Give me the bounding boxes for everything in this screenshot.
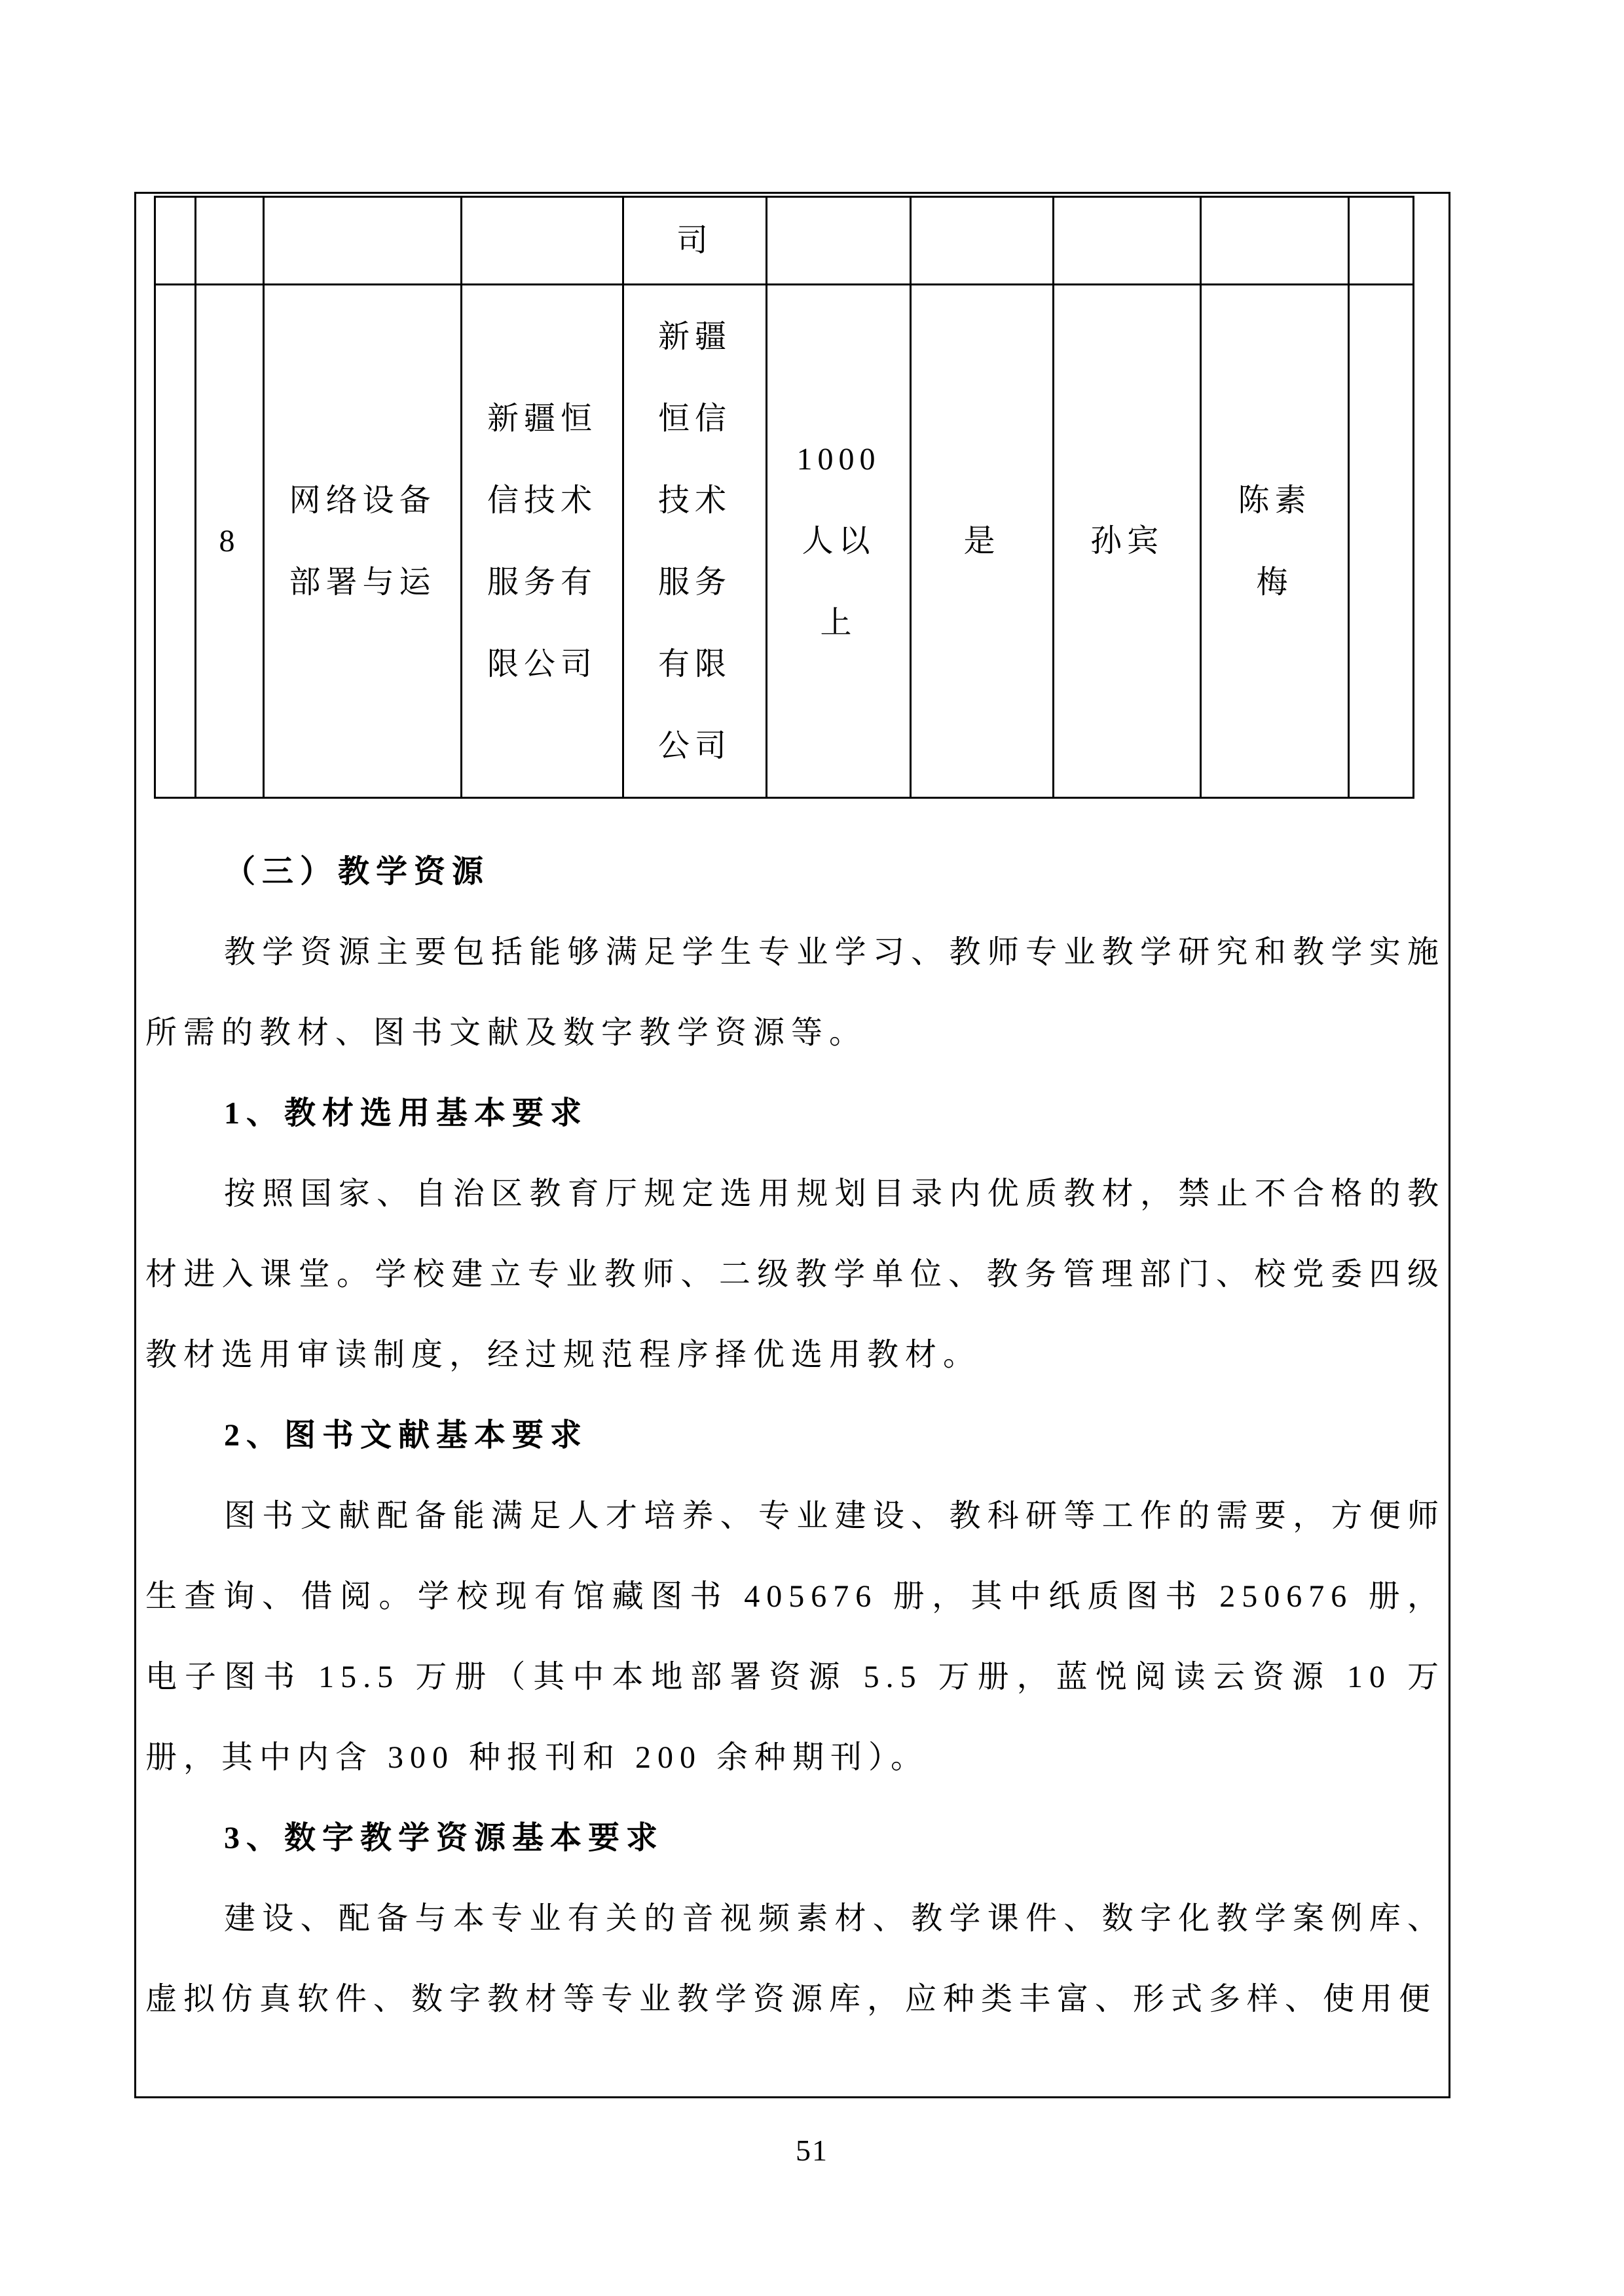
table-cell-spacer xyxy=(155,285,196,798)
table-cell xyxy=(1054,197,1201,285)
table-cell-company-continued: 司 xyxy=(623,197,767,285)
document-page: 司 8 网络设备 部署与运 新疆恒 信技术 服务有 限公司 新疆 恒信 技术 服… xyxy=(0,0,1624,2296)
table-cell-yes: 是 xyxy=(911,285,1054,798)
table-cell xyxy=(196,197,264,285)
table-cell xyxy=(1201,197,1349,285)
table-cell xyxy=(155,197,196,285)
table-cell-spacer xyxy=(1349,285,1414,798)
heading-library-requirements: 2、图书文献基本要求 xyxy=(145,1395,1445,1476)
table-cell-index: 8 xyxy=(196,285,264,798)
page-number: 51 xyxy=(0,2133,1624,2168)
body-text: （三）教学资源 教学资源主要包括能够满足学生专业学习、教师专业教学研究和教学实施… xyxy=(145,831,1445,2039)
table-cell xyxy=(911,197,1054,285)
table-cell-company-1: 新疆恒 信技术 服务有 限公司 xyxy=(462,285,623,798)
table-cell xyxy=(767,197,911,285)
table-row-8: 8 网络设备 部署与运 新疆恒 信技术 服务有 限公司 新疆 恒信 技术 服务 … xyxy=(155,285,1414,798)
paragraph-digital-resource-requirements: 建设、配备与本专业有关的音视频素材、教学课件、数字化教学案例库、虚拟仿真软件、数… xyxy=(145,1878,1445,2039)
paragraph-library-requirements: 图书文献配备能满足人才培养、专业建设、教科研等工作的需要，方便师生查询、借阅。学… xyxy=(145,1476,1445,1798)
table-cell-contact-1: 孙宾 xyxy=(1054,285,1201,798)
paragraph-resources-overview: 教学资源主要包括能够满足学生专业学习、教师专业教学研究和教学实施所需的教材、图书… xyxy=(145,912,1445,1073)
table-cell xyxy=(264,197,462,285)
section-heading-teaching-resources: （三）教学资源 xyxy=(145,831,1445,912)
table-cell-contact-2: 陈素 梅 xyxy=(1201,285,1349,798)
table-cell-course-name: 网络设备 部署与运 xyxy=(264,285,462,798)
heading-digital-resource-requirements: 3、数字教学资源基本要求 xyxy=(145,1798,1445,1878)
table-row-continued: 司 xyxy=(155,197,1414,285)
table-cell-company-2: 新疆 恒信 技术 服务 有限 公司 xyxy=(623,285,767,798)
heading-textbook-requirements: 1、教材选用基本要求 xyxy=(145,1073,1445,1154)
paragraph-textbook-requirements: 按照国家、自治区教育厅规定选用规划目录内优质教材，禁止不合格的教材进入课堂。学校… xyxy=(145,1154,1445,1395)
table-cell-scale: 1000 人以 上 xyxy=(767,285,911,798)
table-cell xyxy=(1349,197,1414,285)
internship-units-table: 司 8 网络设备 部署与运 新疆恒 信技术 服务有 限公司 新疆 恒信 技术 服… xyxy=(154,196,1414,799)
table-cell xyxy=(462,197,623,285)
